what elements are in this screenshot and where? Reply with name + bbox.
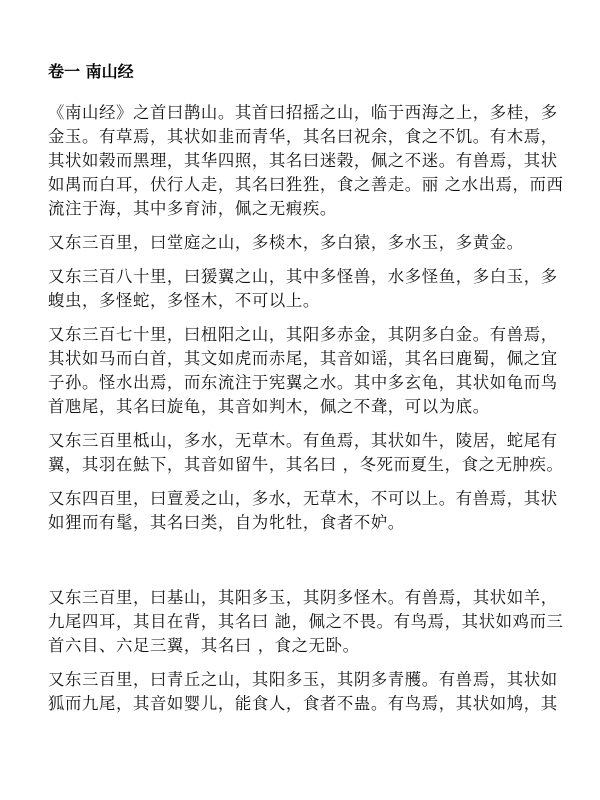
paragraph-line: 又东三百八十里，曰猨翼之山，其中多怪兽，水多怪鱼，多白玉，多 (48, 265, 558, 289)
paragraph-6: 又东四百里，曰亶爰之山，多水，无草木，不可以上。有兽焉，其状 如狸而有髦，其名曰… (48, 487, 558, 535)
paragraph-line: 翼，其羽在魼下，其音如留牛，其名曰 ，冬死而夏生，食之无肿疾。 (48, 453, 558, 477)
paragraph-line: 《南山经》之首曰鹊山。其首曰招摇之山，临于西海之上，多桂，多 (48, 101, 558, 125)
paragraph-line: 又东三百里，曰基山，其阳多玉，其阴多怪木。有兽焉，其状如羊， (48, 586, 558, 610)
paragraph-line: 首虺尾，其名曰旋龟，其音如判木，佩之不聋，可以为底。 (48, 395, 558, 419)
paragraph-line: 又东三百里，曰堂庭之山，多棪木，多白猿，多水玉，多黄金。 (48, 231, 558, 255)
paragraph-line: 其状如榖而黑理，其华四照，其名曰迷榖，佩之不迷。有兽焉，其状 (48, 149, 558, 173)
paragraph-2: 又东三百里，曰堂庭之山，多棪木，多白猿，多水玉，多黄金。 (48, 231, 558, 255)
paragraph-1: 《南山经》之首曰鹊山。其首曰招摇之山，临于西海之上，多桂，多 金玉。有草焉，其状… (48, 101, 558, 221)
chapter-title: 卷一 南山经 (48, 60, 558, 84)
paragraph-5: 又东三百里柢山，多水，无草木。有鱼焉，其状如牛，陵居，蛇尾有 翼，其羽在魼下，其… (48, 429, 558, 477)
paragraph-8: 又东三百里，曰青丘之山，其阳多玉，其阴多青雘。有兽焉，其状如 狐而九尾，其音如婴… (48, 668, 558, 716)
paragraph-line: 九尾四耳，其目在背，其名曰 訑，佩之不畏。有鸟焉，其状如鸡而三 (48, 610, 558, 634)
paragraph-line: 又东三百七十里，曰杻阳之山，其阳多赤金，其阴多白金。有兽焉， (48, 323, 558, 347)
paragraph-line: 又东三百里，曰青丘之山，其阳多玉，其阴多青雘。有兽焉，其状如 (48, 668, 558, 692)
empty-paragraph (48, 545, 558, 586)
paragraph-3: 又东三百八十里，曰猨翼之山，其中多怪兽，水多怪鱼，多白玉，多 蝮虫，多怪蛇，多怪… (48, 265, 558, 313)
paragraph-4: 又东三百七十里，曰杻阳之山，其阳多赤金，其阴多白金。有兽焉， 其状如马而白首，其… (48, 323, 558, 419)
document-page: 卷一 南山经 《南山经》之首曰鹊山。其首曰招摇之山，临于西海之上，多桂，多 金玉… (48, 60, 558, 726)
paragraph-line: 其状如马而白首，其文如虎而赤尾，其音如谣，其名曰鹿蜀，佩之宜 (48, 347, 558, 371)
paragraph-line: 如狸而有髦，其名曰类，自为牝牡，食者不妒。 (48, 511, 558, 535)
paragraph-line: 流注于海，其中多育沛，佩之无瘕疾。 (48, 197, 558, 221)
paragraph-line: 又东四百里，曰亶爰之山，多水，无草木，不可以上。有兽焉，其状 (48, 487, 558, 511)
paragraph-line: 金玉。有草焉，其状如韭而青华，其名曰祝余，食之不饥。有木焉， (48, 125, 558, 149)
paragraph-line: 蝮虫，多怪蛇，多怪木，不可以上。 (48, 289, 558, 313)
paragraph-line: 狐而九尾，其音如婴儿，能食人，食者不蛊。有鸟焉，其状如鸠，其 (48, 692, 558, 716)
paragraph-line: 如禺而白耳，伏行人走，其名曰狌狌，食之善走。丽 之水出焉，而西 (48, 173, 558, 197)
paragraph-line: 子孙。怪水出焉，而东流注于宪翼之水。其中多玄龟，其状如龟而鸟 (48, 371, 558, 395)
paragraph-7: 又东三百里，曰基山，其阳多玉，其阴多怪木。有兽焉，其状如羊， 九尾四耳，其目在背… (48, 586, 558, 658)
paragraph-line: 又东三百里柢山，多水，无草木。有鱼焉，其状如牛，陵居，蛇尾有 (48, 429, 558, 453)
paragraph-line: 首六目、六足三翼，其名曰 ，食之无卧。 (48, 634, 558, 658)
